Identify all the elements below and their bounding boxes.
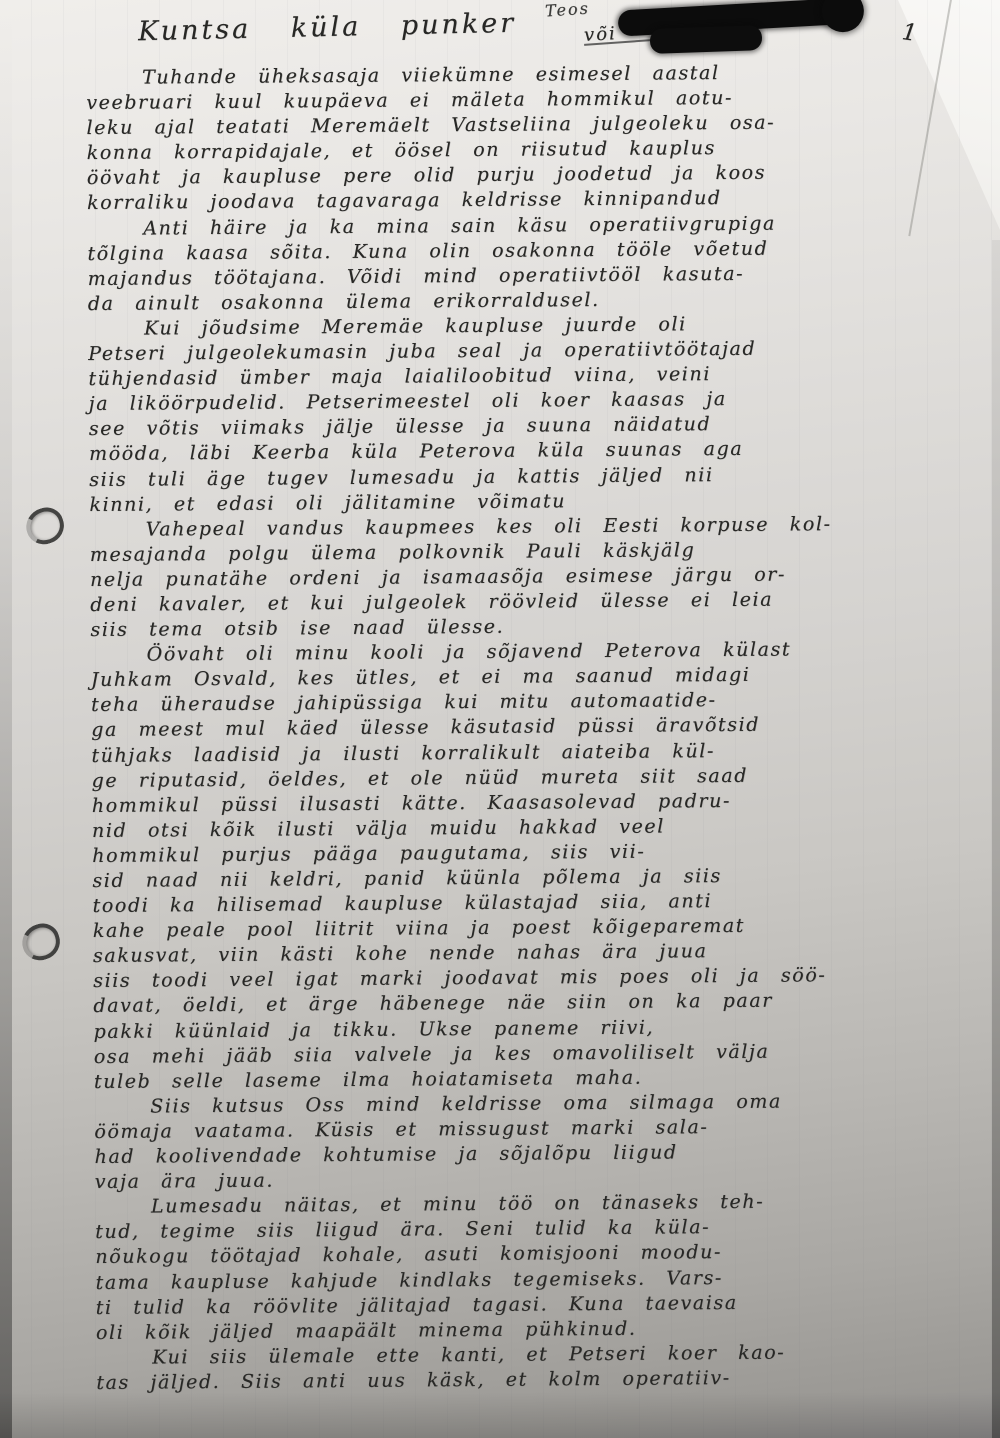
paragraph: Vahepeal vandus kaupmees kes oli Eesti k…	[90, 511, 953, 643]
punch-hole-mark	[21, 503, 68, 549]
redaction-bar	[650, 25, 763, 54]
paragraph: Kui siis ülemale ette kanti, et Petseri …	[96, 1339, 958, 1396]
paragraph: Siis kutsus Oss mind keldrisse oma silma…	[94, 1088, 957, 1195]
margin-note-word: Teos	[544, 0, 590, 21]
scan-edge-shadow-right	[992, 240, 1000, 1438]
scan-edge-shadow-left	[0, 0, 12, 1438]
page-title: Kuntsa küla punker	[138, 8, 517, 48]
page-number: 1	[900, 19, 918, 47]
paragraph: Lumesadu näitas, et minu töö on tänaseks…	[95, 1188, 958, 1345]
handwritten-text: Tuhande üheksasaja viiekümne esimesel aa…	[86, 59, 958, 1396]
punch-hole-mark	[17, 919, 64, 965]
margin-note-word: või	[583, 23, 617, 46]
paragraph: Öövaht oli minu kooli ja sõjavend Petero…	[91, 636, 957, 1094]
paragraph: Kui jõudsime Meremäe kaupluse juurde oli…	[88, 310, 952, 518]
scanned-document-page: Kuntsa küla punker Teos või 1 Tuhande üh…	[0, 0, 1000, 1438]
paragraph: Tuhande üheksasaja viiekümne esimesel aa…	[86, 59, 949, 216]
paragraph: Anti häire ja ka mina sain käsu operatii…	[87, 210, 950, 317]
scan-edge-shadow-bottom	[0, 1392, 1000, 1438]
